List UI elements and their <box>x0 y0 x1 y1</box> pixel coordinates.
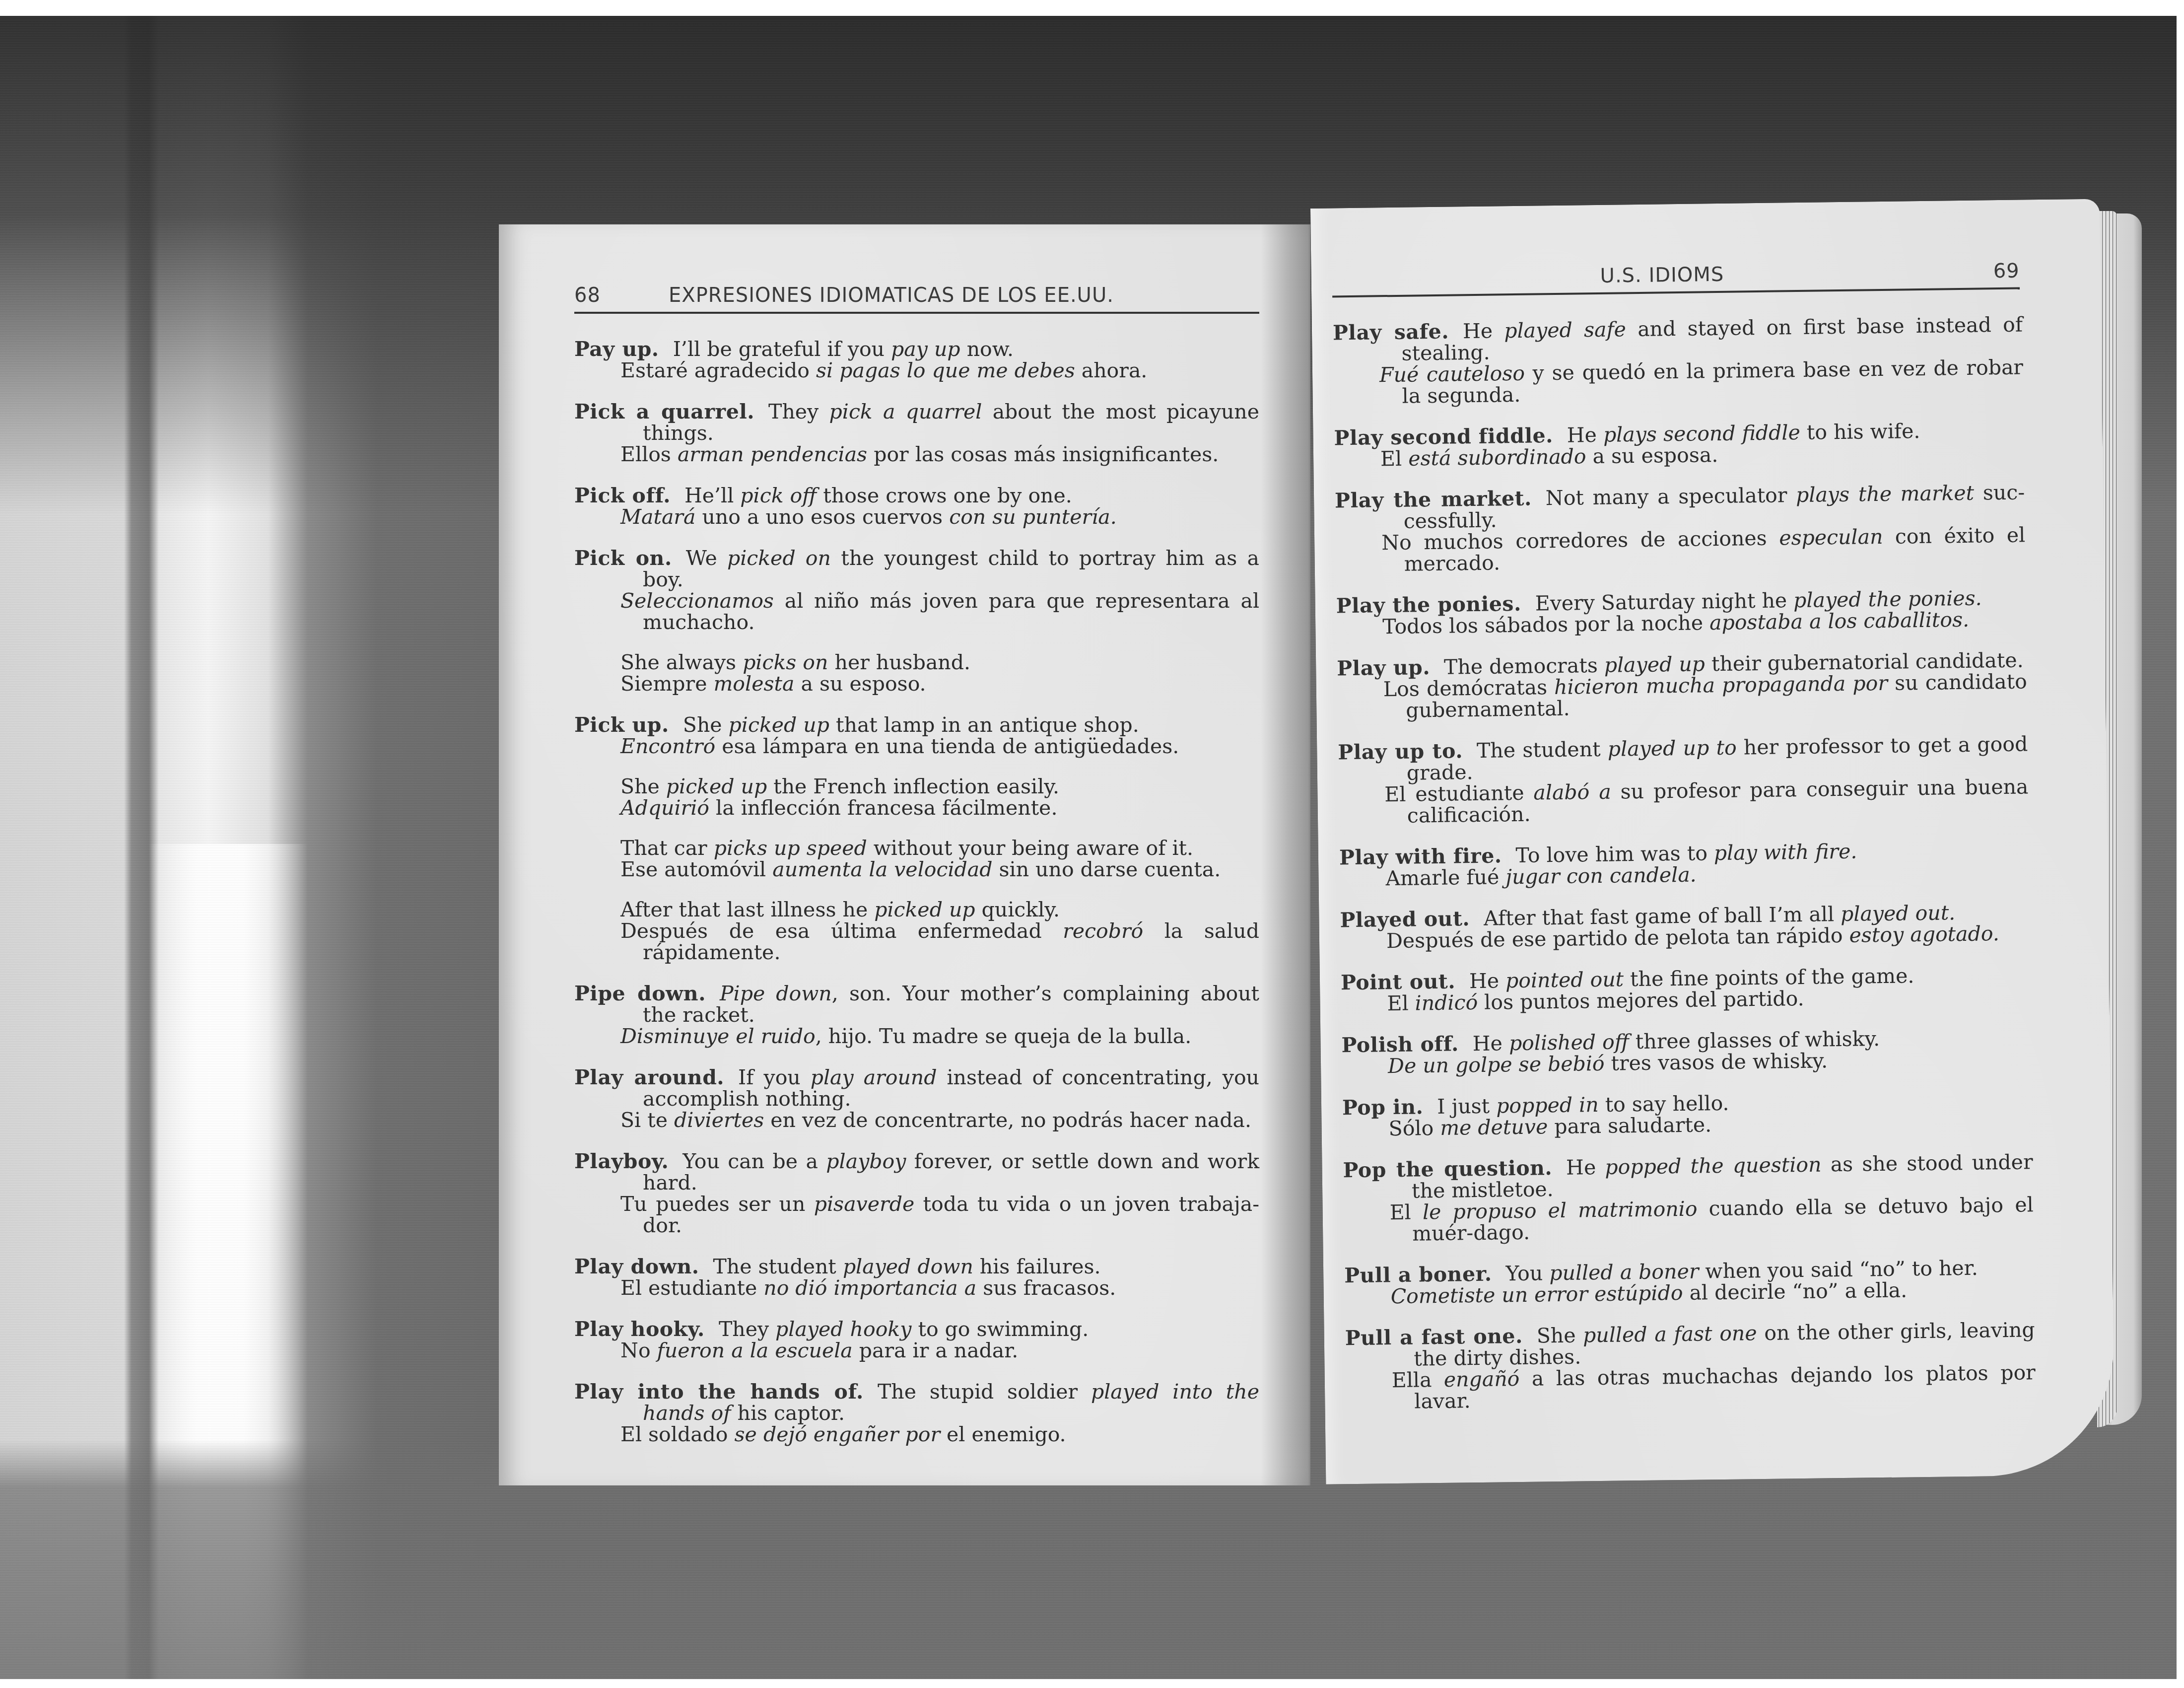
text-run: The student <box>1477 737 1608 763</box>
text-run: She always <box>620 650 743 674</box>
idiom-headword: Play hooky. <box>574 1317 705 1341</box>
text-run: al decirle “no” a ella. <box>1683 1278 1907 1305</box>
text-run: He <box>1567 423 1604 447</box>
idiom-usage-italic: con su puntería. <box>949 505 1117 529</box>
english-example: That car picks up speed without your bei… <box>574 838 1259 859</box>
idiom-usage-italic: playboy <box>826 1149 906 1173</box>
running-head-title: EXPRESIONES IDIOMATICAS DE LOS EE.UU. <box>669 284 1114 307</box>
text-run: Después de esa última enfermedad <box>620 919 1063 943</box>
idiom-entries: Play safe.He played safe and stayed on f… <box>1333 314 2036 1433</box>
text-run: that lamp in an antique shop. <box>829 713 1139 737</box>
text-run: Ella <box>1392 1368 1444 1392</box>
idiom-usage-italic: pay up <box>891 337 960 361</box>
idiom-usage-italic: jugar con candela. <box>1505 863 1697 889</box>
text-run: la inflección francesa fácilmente. <box>709 796 1057 820</box>
idiom-usage-italic: arman pendencias <box>678 442 867 466</box>
text-run: his failures. <box>973 1255 1101 1278</box>
idiom-usage-italic: estoy agotado. <box>1849 921 1999 947</box>
idiom-entry: Playboy.You can be a playboy forever, or… <box>574 1151 1259 1236</box>
text-run: El <box>1387 991 1415 1016</box>
spanish-translation: Tu puedes ser un pisaverde toda tu vida … <box>574 1194 1259 1236</box>
text-run: He’ll <box>684 484 740 507</box>
text-run: now. <box>960 337 1014 361</box>
english-example: Play into the hands of.The stupid soldie… <box>574 1381 1259 1424</box>
idiom-entries: Pay up.I’ll be grateful if you pay up no… <box>574 339 1259 1465</box>
idiom-usage-italic: indicó <box>1415 990 1478 1015</box>
english-example: Pick on.We picked on the youngest child … <box>574 548 1259 590</box>
idiom-headword: Pick on. <box>574 546 672 570</box>
text-run: , hijo. Tu madre se queja de la bulla. <box>816 1024 1192 1048</box>
spanish-translation: Ese automóvil aumenta la velocidad sin u… <box>574 859 1259 880</box>
text-run: She <box>620 774 666 798</box>
english-example: Pick off.He’ll pick off those crows one … <box>574 485 1259 506</box>
text-run: Siempre <box>620 672 713 696</box>
idiom-usage-italic: pulled a fast one <box>1583 1321 1757 1347</box>
idiom-usage-italic: played safe <box>1504 317 1626 343</box>
idiom-entry: Point out.He pointed out the fine points… <box>1341 964 2031 1015</box>
text-run: Todos los sábados por la noche <box>1382 611 1709 638</box>
text-run: After that last illness he <box>620 898 874 921</box>
text-run: her husband. <box>828 650 970 674</box>
spanish-translation: Encontró esa lámpara en una tienda de an… <box>574 736 1259 757</box>
text-run: Sólo <box>1388 1116 1440 1140</box>
idiom-headword: Play around. <box>574 1065 724 1089</box>
text-run: ahora. <box>1075 358 1148 382</box>
idiom-entry: Pop the question.He popped the question … <box>1343 1151 2034 1245</box>
text-run: his captor. <box>731 1401 845 1425</box>
english-example: Play around.If you play around instead o… <box>574 1067 1259 1110</box>
idiom-entry: Played out.After that fast game of ball … <box>1340 901 2030 952</box>
text-run: The stupid soldier <box>878 1380 1091 1404</box>
text-run: The student <box>713 1255 842 1278</box>
idiom-entry: Play second fiddle.He plays second fiddl… <box>1334 419 2024 470</box>
idiom-usage-italic: played up to <box>1608 736 1737 761</box>
text-run: He <box>1473 1031 1509 1055</box>
spanish-translation: Matará uno a uno esos cuervos con su pun… <box>574 506 1259 528</box>
idiom-usage-italic: play around <box>811 1065 937 1089</box>
text-run: Ese automóvil <box>620 857 772 881</box>
spanish-translation: El soldado se dejó engañer por el enemig… <box>574 1424 1259 1445</box>
idiom-headword: Pipe down. <box>574 982 706 1005</box>
text-run: para ir a nadar. <box>853 1338 1019 1362</box>
text-run: He <box>1463 319 1504 343</box>
text-run: instead of concentrating, you accomplish… <box>643 1065 1259 1111</box>
text-run: quickly. <box>975 898 1060 921</box>
text-run: Estaré agradecido <box>620 358 816 382</box>
idiom-entry: Play up.The democrats played up their gu… <box>1337 649 2027 722</box>
idiom-usage-italic: pick a quarrel <box>829 400 982 423</box>
text-run: She <box>1536 1323 1583 1347</box>
text-run: to his wife. <box>1800 419 1920 444</box>
idiom-entry: Pick up.She picked up that lamp in an an… <box>574 714 1259 963</box>
text-run: They <box>768 400 829 423</box>
text-run: those crows one by one. <box>817 484 1072 507</box>
idiom-usage-italic: diviertes <box>674 1108 764 1132</box>
text-run: sin uno darse cuenta. <box>992 857 1221 881</box>
idiom-entry: Polish off.He polished off three glasses… <box>1341 1026 2032 1077</box>
text-run: El <box>1380 447 1409 471</box>
idiom-usage-italic: pick off <box>740 484 817 507</box>
english-example: She picked up the French inflection easi… <box>574 776 1259 797</box>
text-run: I’ll be grateful if you <box>673 337 891 361</box>
spanish-translation: Seleccionamos al niño más joven para que… <box>574 590 1259 633</box>
idiom-usage-italic: played hooky <box>775 1317 911 1341</box>
idiom-entry: Play safe.He played safe and stayed on f… <box>1333 314 2024 408</box>
idiom-entry: Play the ponies.Every Saturday night he … <box>1336 587 2027 638</box>
running-head: U.S. IDIOMS 69 <box>1332 260 2020 293</box>
text-run: Not many a speculator <box>1546 483 1796 510</box>
idiom-usage-italic: se dejó engañer por <box>735 1422 940 1446</box>
idiom-usage-italic: Encontró <box>620 734 715 758</box>
text-run: tres vasos de whisky. <box>1604 1049 1828 1075</box>
idiom-usage-italic: Seleccionamos <box>620 589 774 613</box>
idiom-usage-italic: pisaverde <box>814 1192 914 1216</box>
idiom-usage-italic: De un golpe se bebió <box>1388 1052 1605 1078</box>
idiom-headword: Play down. <box>574 1255 699 1278</box>
idiom-headword: Pick off. <box>574 484 671 507</box>
idiom-usage-italic: molesta <box>713 672 794 696</box>
spanish-translation: Disminuye el ruido, hijo. Tu madre se qu… <box>574 1026 1259 1047</box>
spanish-translation: Siempre molesta a su esposo. <box>574 673 1259 695</box>
text-run: He <box>1566 1155 1605 1180</box>
text-run: los puntos mejores del partido. <box>1478 986 1804 1014</box>
idiom-entry: Play up to.The student played up to her … <box>1338 733 2029 827</box>
idiom-entry: Pull a boner.You pulled a boner when you… <box>1344 1257 2035 1308</box>
idiom-entry: Pick on.We picked on the youngest child … <box>574 548 1259 695</box>
spanish-translation: El estudiante alabó a su profesor para c… <box>1338 776 2029 827</box>
idiom-entry: Play the market.Not many a speculator pl… <box>1335 482 2026 575</box>
idiom-usage-italic: alabó a <box>1533 780 1611 805</box>
idiom-entry: Pick a quarrel.They pick a quarrel about… <box>574 401 1259 465</box>
text-run: Si te <box>620 1108 674 1132</box>
running-head-title: U.S. IDIOMS <box>1600 263 1724 287</box>
english-example: Pick a quarrel.They pick a quarrel about… <box>574 401 1259 444</box>
idiom-entry: Play hooky.They played hooky to go swimm… <box>574 1319 1259 1361</box>
english-example: Playboy.You can be a playboy forever, or… <box>574 1151 1259 1194</box>
spanish-translation: El estudiante no dió importancia a sus f… <box>574 1277 1259 1299</box>
spanish-translation: Si te diviertes en vez de concentrarte, … <box>574 1110 1259 1131</box>
text-run: a su esposo. <box>794 672 926 696</box>
idiom-usage-italic: no dió importancia a <box>763 1276 976 1300</box>
text-run: You <box>1505 1261 1549 1285</box>
idiom-headword: Play into the hands of. <box>574 1380 864 1404</box>
spanish-translation: Adquirió la inflección francesa fácilmen… <box>574 797 1259 819</box>
idiom-usage-italic: Disminuye el ruido <box>620 1024 816 1048</box>
english-example: She always picks on her husband. <box>574 652 1259 673</box>
scan-margin <box>2177 0 2184 1688</box>
header-rule <box>574 312 1259 314</box>
idiom-usage-italic: Adquirió <box>620 796 709 820</box>
idiom-entry: Play into the hands of.The stupid soldie… <box>574 1381 1259 1445</box>
spanish-translation: Los demócratas hicieron mucha propaganda… <box>1337 671 2028 722</box>
idiom-entry: Pipe down.Pipe down, son. Your mother’s … <box>574 983 1259 1047</box>
text-run: sus fracasos. <box>976 1276 1116 1300</box>
idiom-usage-italic: especulan <box>1779 525 1883 550</box>
text-run: Ellos <box>620 442 678 466</box>
left-page: 68 EXPRESIONES IDIOMATICAS DE LOS EE.UU.… <box>499 224 1310 1485</box>
idiom-usage-italic: fueron a la escuela <box>657 1338 853 1362</box>
idiom-usage-italic: played down <box>843 1255 973 1278</box>
text-run: the French inflection easily. <box>767 774 1059 798</box>
idiom-entry: Play with fire.To love him was to play w… <box>1339 839 2030 890</box>
idiom-usage-italic: picked on <box>727 546 831 570</box>
idiom-entry: Pick off.He’ll pick off those crows one … <box>574 485 1259 528</box>
idiom-usage-italic: hicieron mucha propaganda por <box>1554 671 1888 699</box>
text-run: Después de ese partido de pelota tan ráp… <box>1386 923 1849 953</box>
text-run: She <box>683 713 729 737</box>
idiom-usage-italic: aumenta la velocidad <box>772 857 992 881</box>
text-run: without your being aware of it. <box>867 836 1193 860</box>
text-run: el enemigo. <box>940 1422 1066 1446</box>
idiom-headword: Pay up. <box>574 337 659 361</box>
text-run: por las cosas más insignificantes. <box>867 442 1219 466</box>
idiom-usage-italic: picks up speed <box>714 836 867 860</box>
idiom-headword: Pick a quarrel. <box>574 400 754 423</box>
idiom-headword: Playboy. <box>574 1149 669 1173</box>
idiom-usage-italic: le propuso el matrimonio <box>1423 1197 1698 1224</box>
idiom-headword: Pick up. <box>574 713 669 737</box>
text-run: a su esposa. <box>1586 443 1718 468</box>
text-run: He <box>1469 969 1506 993</box>
idiom-usage-italic: engañó <box>1444 1367 1520 1392</box>
english-example: Pick up.She picked up that lamp in an an… <box>574 714 1259 736</box>
page-number: 68 <box>574 284 601 307</box>
spanish-translation: Fué cauteloso y se quedó en la primera b… <box>1333 356 2024 408</box>
idiom-usage-italic: Matará <box>620 505 695 529</box>
text-run: El <box>1389 1200 1423 1224</box>
english-example: Pay up.I’ll be grateful if you pay up no… <box>574 339 1259 360</box>
idiom-usage-italic: si pagas lo que me debes <box>816 358 1075 382</box>
text-run: esa lámpara en una tienda de antigüedade… <box>715 734 1179 758</box>
idiom-entry: Pull a fast one.She pulled a fast one on… <box>1345 1319 2036 1413</box>
text-run: We <box>686 546 727 570</box>
spanish-translation: No fueron a la escuela para ir a nadar. <box>574 1340 1259 1361</box>
idiom-usage-italic: picked up <box>874 898 975 921</box>
idiom-usage-italic: Cometiste un error estúpido <box>1390 1281 1683 1308</box>
spanish-translation: Estaré agradecido si pagas lo que me deb… <box>574 360 1259 381</box>
text-run: Tu puedes ser un <box>620 1192 814 1216</box>
idiom-usage-italic: apostaba a los caballitos. <box>1709 608 1970 634</box>
text-run: No muchos corredores de acciones <box>1381 526 1779 555</box>
text-run: They <box>719 1317 775 1341</box>
english-example: After that last illness he picked up qui… <box>574 899 1259 920</box>
idiom-usage-italic: está subordinado <box>1408 444 1586 470</box>
idiom-entry: Pay up.I’ll be grateful if you pay up no… <box>574 339 1259 381</box>
spanish-translation: Ella engañó a las otras muchachas dejand… <box>1346 1362 2036 1413</box>
text-run: to go swimming. <box>911 1317 1089 1341</box>
english-example: Play down.The student played down his fa… <box>574 1256 1259 1277</box>
page-number: 69 <box>1993 260 2019 283</box>
text-run: El estudiante <box>620 1276 763 1300</box>
right-page: U.S. IDIOMS 69 Play safe.He played safe … <box>1310 199 2115 1484</box>
text-run: You can be a <box>682 1149 826 1173</box>
text-run: If you <box>738 1065 811 1089</box>
text-run: uno a uno esos cuervos <box>695 505 949 529</box>
idiom-usage-italic: play with fire. <box>1714 840 1857 865</box>
idiom-usage-italic: picks on <box>743 650 828 674</box>
spanish-translation: El le propuso el matrimonio cuando ella … <box>1343 1194 2034 1245</box>
idiom-usage-italic: plays the market <box>1796 481 1975 507</box>
text-run: I just <box>1437 1094 1496 1119</box>
spanish-translation: Ellos arman pendencias por las cosas más… <box>574 444 1259 465</box>
idiom-entry: Play down.The student played down his fa… <box>574 1256 1259 1299</box>
text-run: para saludarte. <box>1548 1113 1711 1138</box>
text-run: El soldado <box>620 1422 735 1446</box>
spanish-translation: Después de esa última enfermedad recobró… <box>574 920 1259 963</box>
text-run: en vez de concentrarte, no podrás hacer … <box>764 1108 1251 1132</box>
idiom-usage-italic: Pipe down <box>720 982 832 1005</box>
text-run: That car <box>620 836 714 860</box>
text-run: No <box>620 1338 657 1362</box>
english-example: Play hooky.They played hooky to go swimm… <box>574 1319 1259 1340</box>
idiom-entry: Play around.If you play around instead o… <box>574 1067 1259 1131</box>
spanish-translation: No muchos corredores de acciones especul… <box>1335 524 2026 575</box>
idiom-entry: Pop in.I just popped in to say hello.Sól… <box>1342 1089 2033 1140</box>
idiom-usage-italic: me detuve <box>1440 1115 1548 1140</box>
idiom-usage-italic: picked up <box>729 713 829 737</box>
running-head: 68 EXPRESIONES IDIOMATICAS DE LOS EE.UU. <box>574 284 1259 309</box>
idiom-usage-italic: picked up <box>666 774 767 798</box>
text-run: Amarle fué <box>1385 865 1505 890</box>
idiom-usage-italic: popped the question <box>1605 1153 1822 1179</box>
english-example: Pipe down.Pipe down, son. Your mother’s … <box>574 983 1259 1026</box>
idiom-usage-italic: recobró <box>1063 919 1143 943</box>
